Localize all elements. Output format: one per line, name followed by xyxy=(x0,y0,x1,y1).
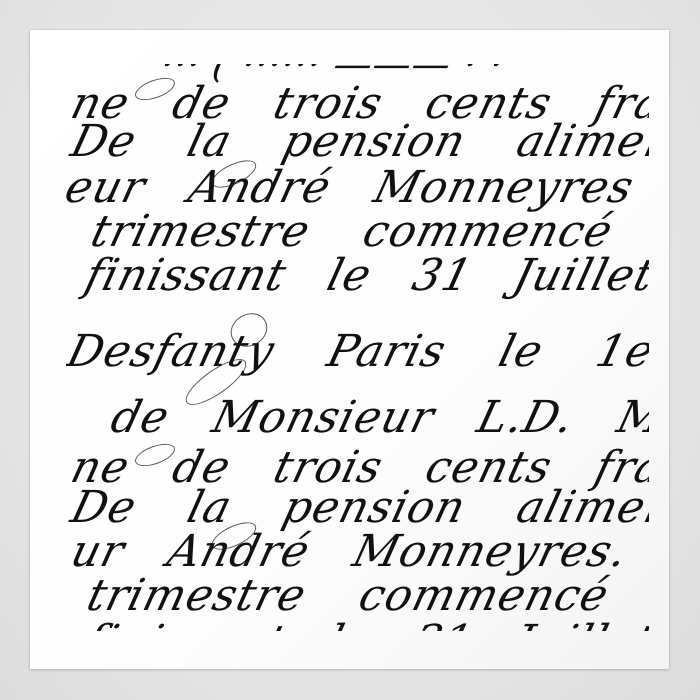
handwriting-area: ··· ( ······ ——— · · ne de trois cents f… xyxy=(30,30,669,669)
handwriting-line: trimestre commencé le xyxy=(82,570,649,621)
handwriting-line: Desfanty Paris le 1er xyxy=(66,326,649,377)
handwriting-line: De la pension alimentaire xyxy=(66,116,649,167)
handwriting-line: finissant le 31 Juillet xyxy=(80,616,649,631)
handwriting-line: finissant le 31 Juillet xyxy=(80,250,649,301)
handwriting-clip: ··· ( ······ ——— · · ne de trois cents f… xyxy=(66,64,649,631)
art-print: ··· ( ······ ——— · · ne de trois cents f… xyxy=(30,30,669,669)
